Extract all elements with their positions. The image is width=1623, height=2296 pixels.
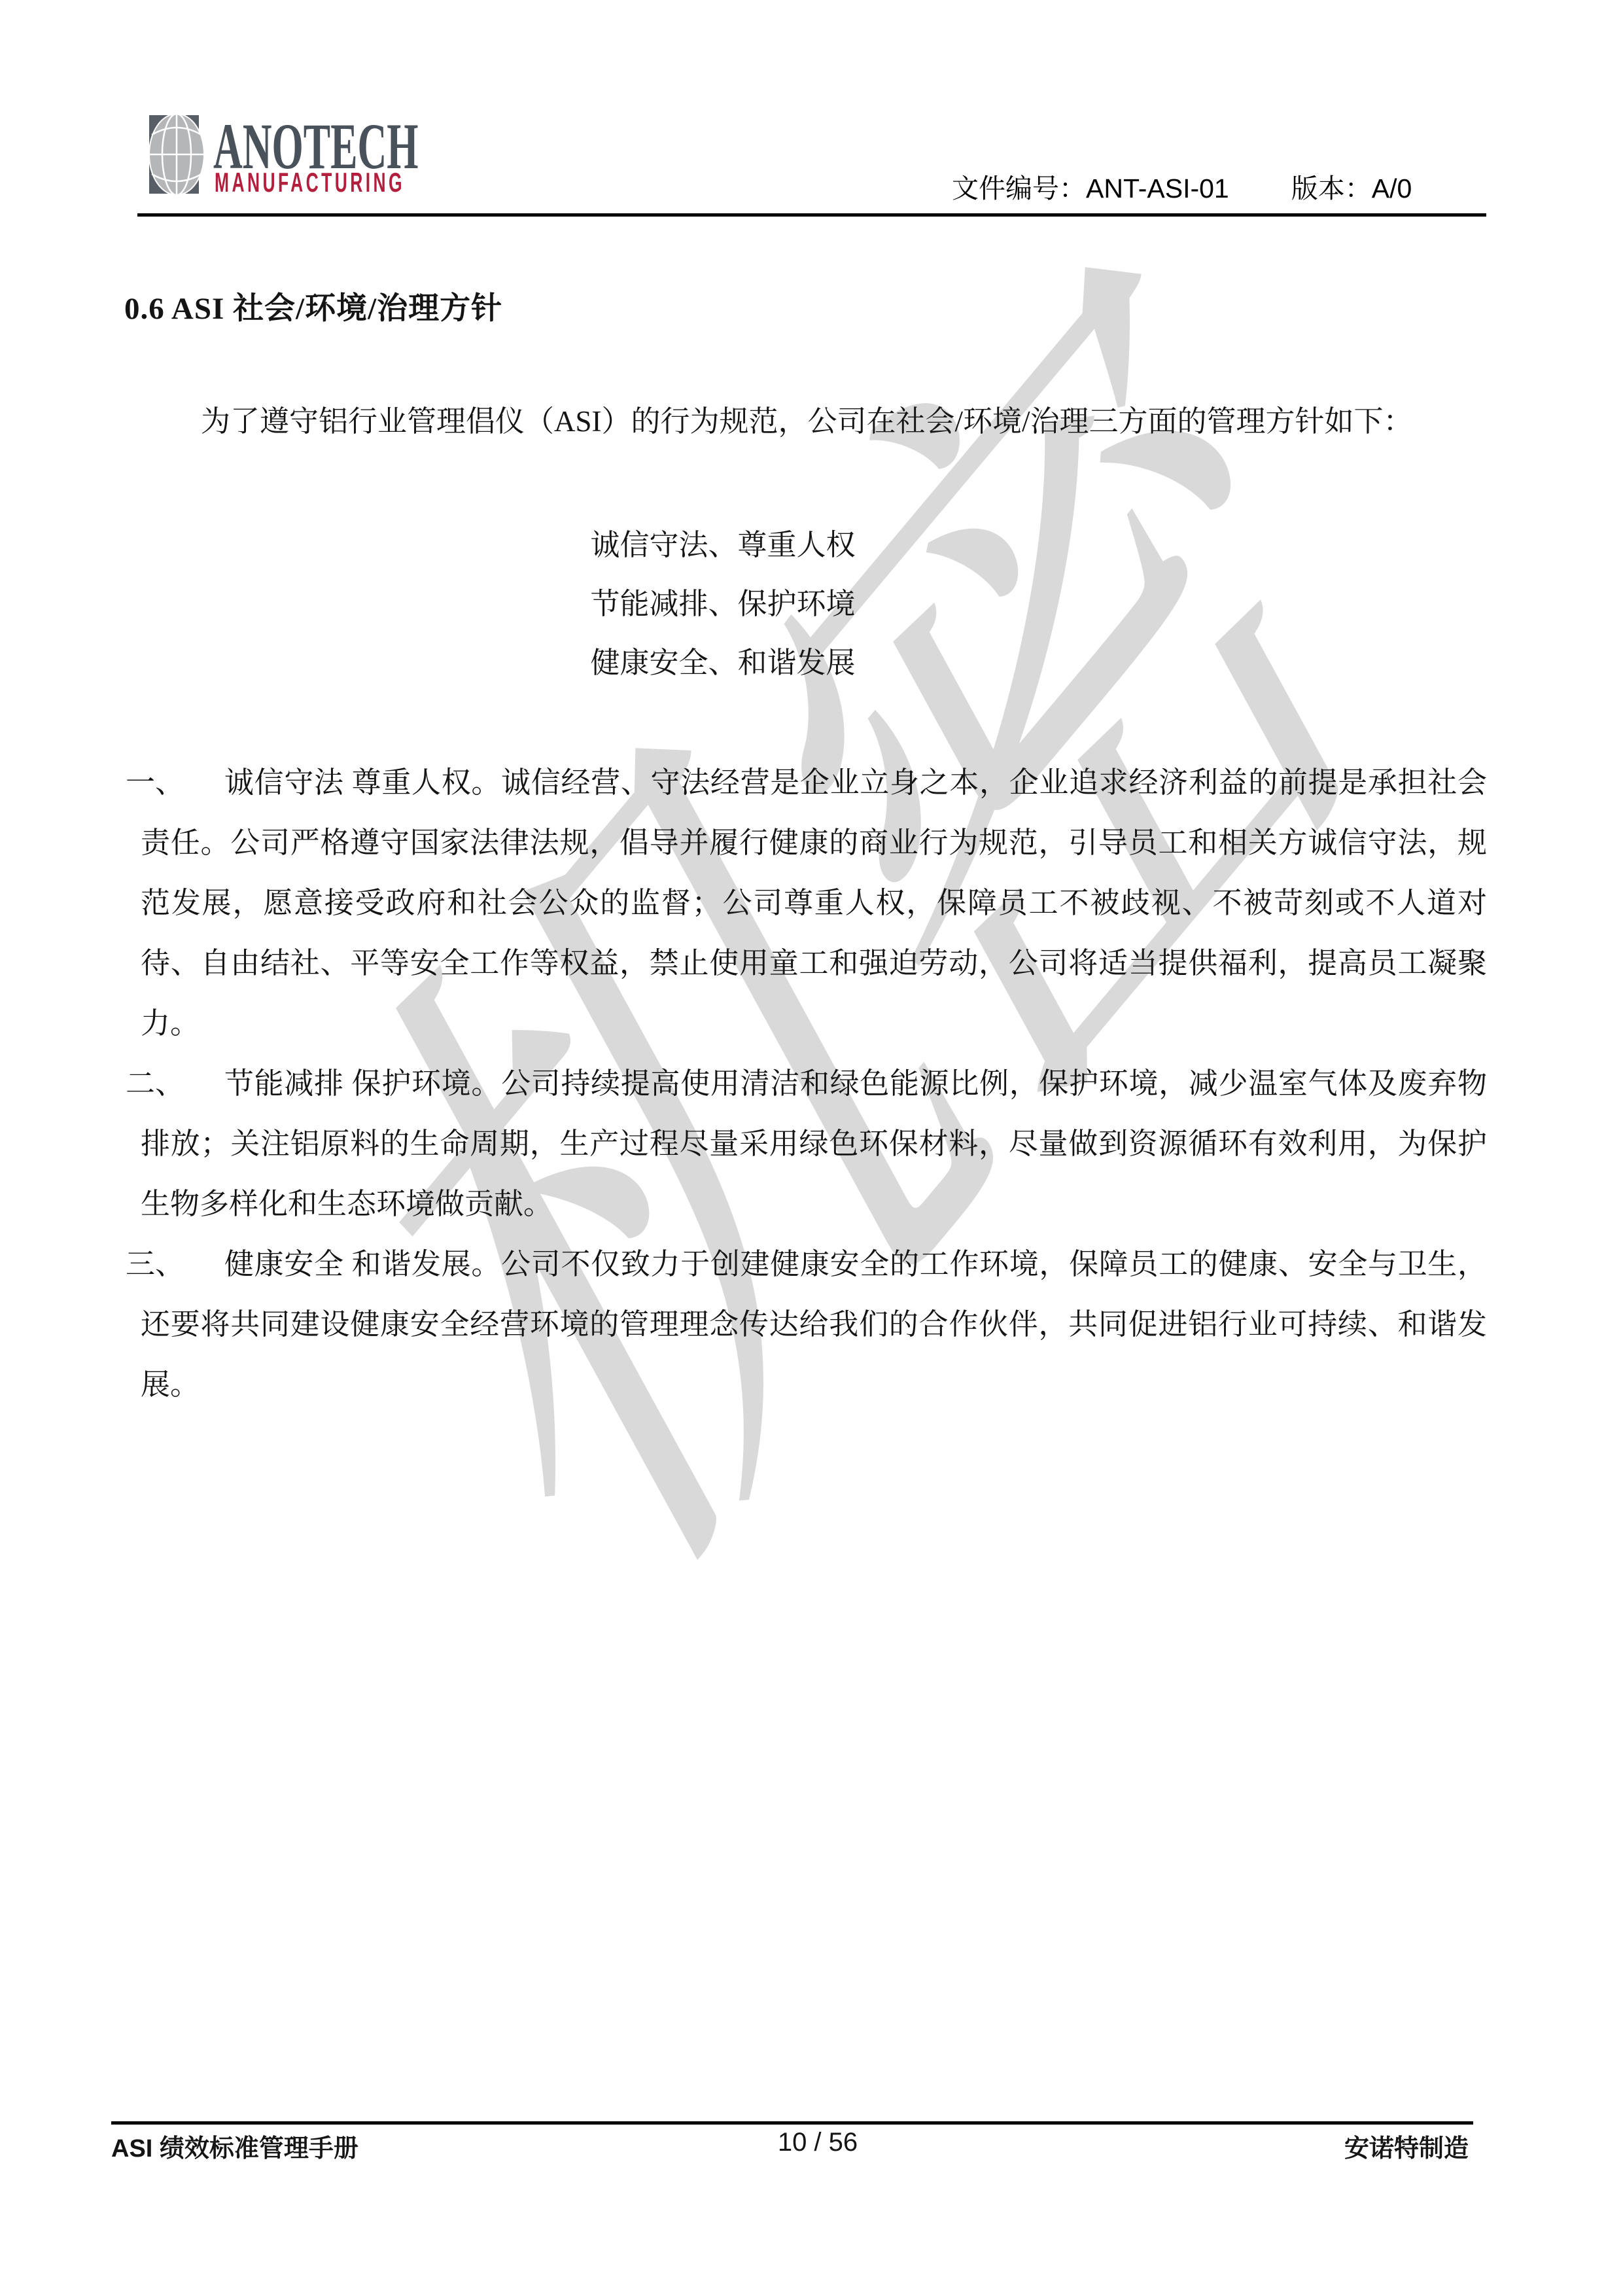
motto-block: 诚信守法、尊重人权 节能减排、保护环境 健康安全、和谐发展 [141, 516, 1305, 692]
motto-line: 健康安全、和谐发展 [141, 633, 1305, 692]
policy-item: 三、 健康安全 和谐发展。公司不仅致力于创建健康安全的工作环境，保障员工的健康、… [141, 1234, 1487, 1415]
section-title: 0.6 ASI 社会/环境/治理方针 [124, 284, 502, 328]
document-page: { "header": { "brand": "ANOTECH", "brand… [0, 0, 1623, 2296]
doc-number: 文件编号：ANT-ASI-01 [952, 173, 1229, 205]
motto-line: 诚信守法、尊重人权 [141, 516, 1305, 574]
policy-item-text: 诚信守法 尊重人权。诚信经营、守法经营是企业立身之本，企业追求经济利益的前提是承… [141, 766, 1487, 1040]
policy-item: 二、 节能减排 保护环境。公司持续提高使用清洁和绿色能源比例，保护环境，减少温室… [141, 1053, 1487, 1234]
policy-item: 一、 诚信守法 尊重人权。诚信经营、守法经营是企业立身之本，企业追求经济利益的前… [141, 752, 1487, 1053]
footer-page-number: 10 / 56 [739, 2128, 896, 2157]
policy-item-text: 健康安全 和谐发展。公司不仅致力于创建健康安全的工作环境，保障员工的健康、安全与… [141, 1248, 1487, 1401]
policy-item-text: 节能减排 保护环境。公司持续提高使用清洁和绿色能源比例，保护环境，减少温室气体及… [141, 1067, 1487, 1220]
motto-line: 节能减排、保护环境 [141, 574, 1305, 633]
policy-item-marker: 二、 [126, 1053, 184, 1114]
doc-version: 版本：A/0 [1291, 173, 1412, 205]
brand-subtitle: MANUFACTURING [215, 169, 405, 196]
footer-company-name: 安诺特制造 [1344, 2128, 1469, 2164]
footer-manual-title: ASI 绩效标准管理手册 [111, 2128, 358, 2164]
doc-info: 文件编号：ANT-ASI-01 版本：A/0 [952, 173, 1475, 205]
globe-icon [148, 113, 208, 198]
policy-item-marker: 一、 [126, 752, 184, 813]
policy-list: 一、 诚信守法 尊重人权。诚信经营、守法经营是企业立身之本，企业追求经济利益的前… [141, 752, 1487, 1415]
policy-item-marker: 三、 [126, 1234, 184, 1294]
header-divider [137, 213, 1486, 217]
intro-paragraph: 为了遵守铝行业管理倡仪（ASI）的行为规范，公司在社会/环境/治理三方面的管理方… [141, 390, 1486, 453]
footer-divider [111, 2121, 1473, 2125]
